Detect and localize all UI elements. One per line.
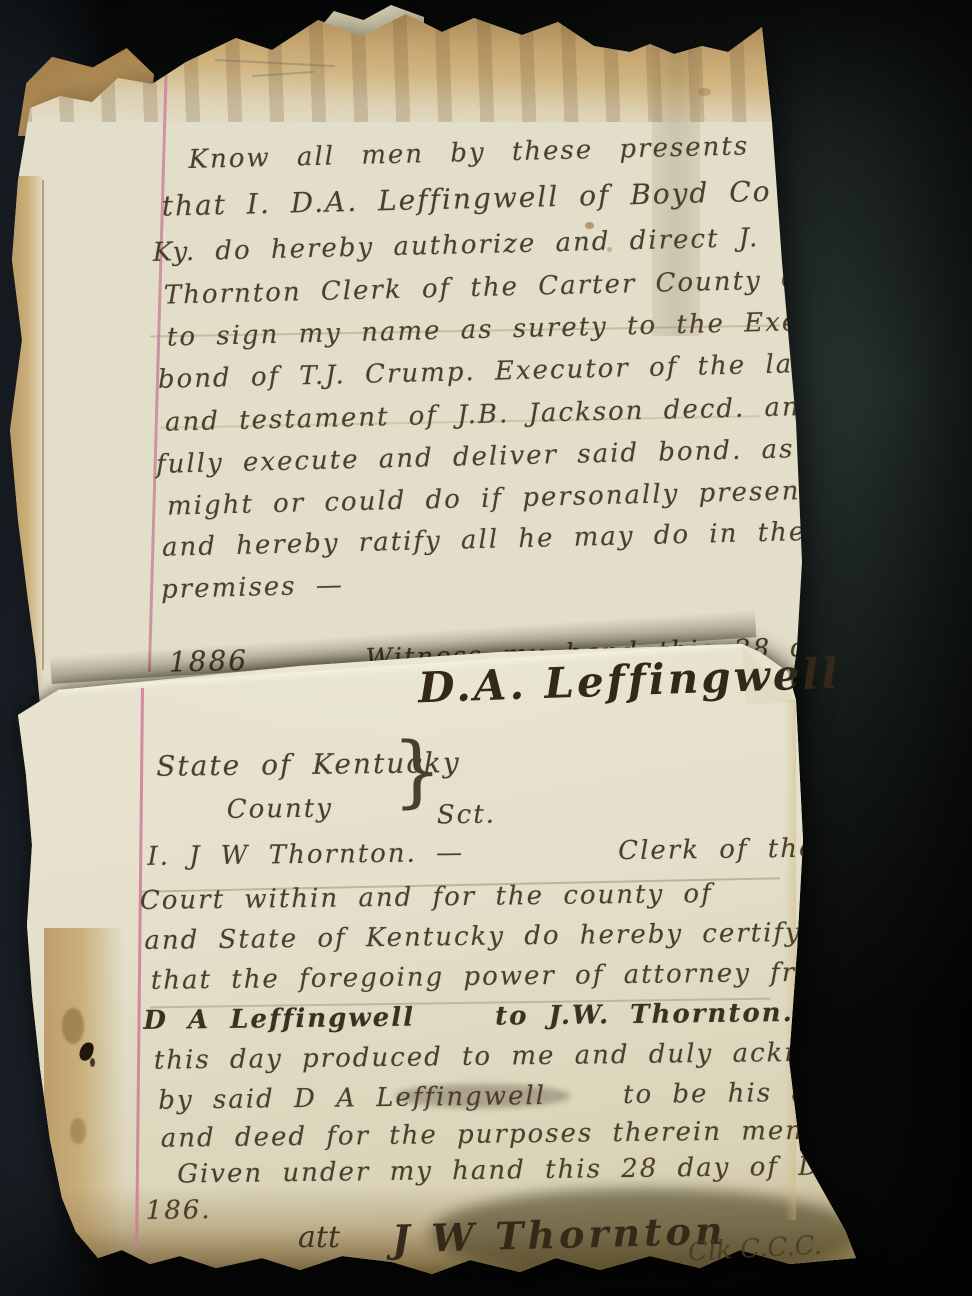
sct-abbreviation: Sct.: [437, 800, 496, 831]
attest-abbreviation: att: [298, 1220, 340, 1255]
handwritten-line: and deed for the purposes therein mentio…: [161, 1115, 900, 1154]
handwritten-line: Given under my hand this 28 day of Dec: [177, 1151, 855, 1189]
ink-blot: [90, 1058, 95, 1067]
handwritten-line: 186.: [145, 1195, 211, 1226]
handwritten-line: I. J W Thornton. — Clerk of the County: [147, 832, 942, 872]
stain-blotch: [62, 1008, 84, 1044]
bottom-sheet-shadow-wrap: State of Kentucky } County Sct. I. J W T…: [0, 0, 972, 1296]
handwritten-line: Court within and for the county of: [140, 879, 713, 916]
caption-brace: }: [392, 726, 443, 817]
handwritten-line: by said D A Leffingwell to be his act: [158, 1077, 838, 1115]
thornton-clerk-signature: J W Thornton: [391, 1208, 727, 1262]
clerk-certification-text: State of Kentucky } County Sct. I. J W T…: [136, 737, 852, 1226]
county-caption: County: [227, 794, 334, 825]
stain-blotch: [70, 1118, 86, 1144]
handwritten-line: this day produced to me and duly acknowl…: [154, 1036, 946, 1076]
handwritten-line: that the foregoing power of attorney fro…: [151, 957, 841, 995]
photo-of-document: Know all men by these presents that I. D…: [0, 0, 972, 1296]
handwritten-line: D A Leffingwell to J.W. Thornton. was: [143, 997, 874, 1036]
handwritten-line: and State of Kentucky do hereby certify: [144, 918, 802, 956]
document-bottom-sheet: State of Kentucky } County Sct. I. J W T…: [0, 0, 972, 1296]
